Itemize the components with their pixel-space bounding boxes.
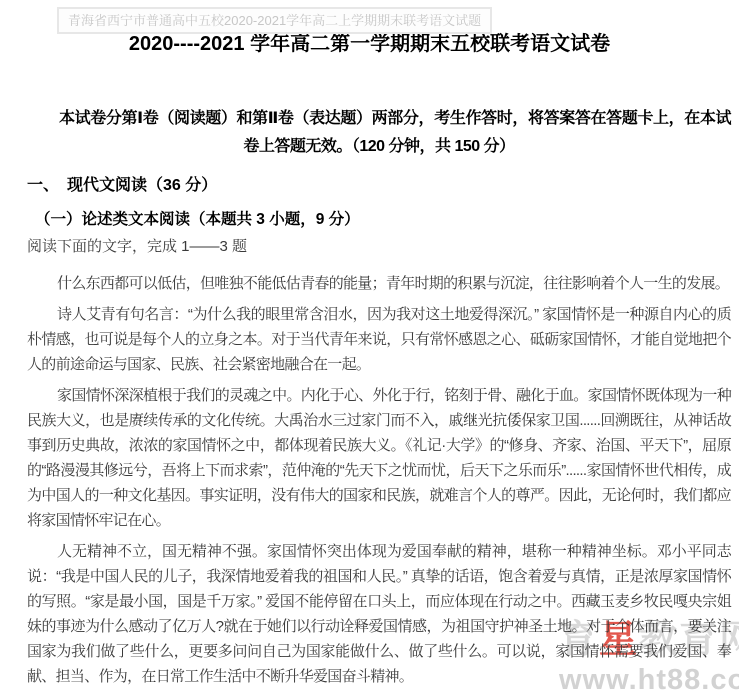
subsection-heading-argumentative-reading: （一）论述类文本阅读（本题共 3 小题，9 分） (27, 209, 731, 230)
exam-paper-page: 青海省西宁市普通高中五校2020-2021学年高二上学期期末联考语文试题 202… (0, 0, 739, 694)
passage-paragraph: 诗人艾青有句名言：“为什么我的眼里常含泪水，因为我对这土地爱得深沉。” 家国情怀… (27, 302, 731, 377)
source-watermark-label: 青海省西宁市普通高中五校2020-2021学年高二上学期期末联考语文试题 (57, 7, 492, 34)
section-heading-modern-text-reading: 一、 现代文阅读（36 分） (27, 175, 731, 197)
reading-task-instruction: 阅读下面的文字，完成 1——3 题 (27, 236, 731, 257)
document-body: 本试卷分第Ⅰ卷（阅读题）和第Ⅱ卷（表达题）两部分，考生作答时，将答案答在答题卡上… (0, 105, 739, 689)
passage-paragraph: 家国情怀深深植根于我们的灵魂之中。内化于心、外化于行，铭刻于骨、融化于血。家国情… (27, 383, 731, 533)
page-title: 2020----2021 学年高二第一学期期末五校联考语文试卷 (0, 32, 739, 57)
passage-paragraph: 人无精神不立，国无精神不强。家国情怀突出体现为爱国奉献的精神，堪称一种精神坐标。… (27, 539, 731, 689)
exam-instructions: 本试卷分第Ⅰ卷（阅读题）和第Ⅱ卷（表达题）两部分，考生作答时，将答案答在答题卡上… (27, 105, 731, 161)
passage-paragraph: 什么东西都可以低估，但唯独不能低估青春的能量；青年时期的积累与沉淀，往往影响着个… (27, 271, 731, 296)
